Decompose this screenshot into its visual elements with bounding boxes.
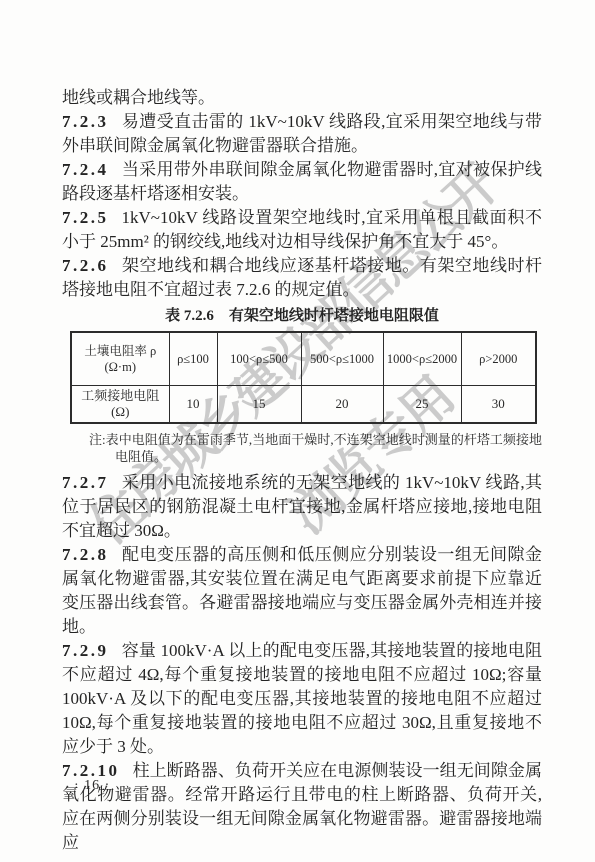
section-text: 配电变压器的高压侧和低压侧应分别装设一组无间隙金属氧化物避雷器,其安装位置在满足… (62, 545, 542, 636)
table-corner-cell: 土壤电阻率 ρ (Ω·m) (71, 332, 169, 386)
continuation-paragraph: 地线或耦合地线等。 (62, 86, 542, 110)
section-paragraph-7-2-8: 7.2.8配电变压器的高压侧和低压侧应分别装设一组无间隙金属氧化物避雷器,其安装… (62, 543, 542, 639)
grounding-resistance-table: 土壤电阻率 ρ (Ω·m) ρ≤100 100<ρ≤500 500<ρ≤1000… (70, 331, 537, 424)
section-paragraph-7-2-7: 7.2.7采用小电流接地系统的无架空地线的 1kV~10kV 线路,其位于居民区… (62, 471, 542, 543)
section-text: 架空地线和耦合地线应逐基杆塔接地。有架空地线时杆塔接地电阻不宜超过表 7.2.6… (62, 256, 542, 299)
table-data-row: 工频接地电阻(Ω) 10 15 20 25 30 (71, 386, 536, 424)
table-value-cell: 30 (461, 386, 536, 424)
section-paragraph-7-2-3: 7.2.3易遭受直击雷的 1kV~10kV 线路段,宜采用架空地线与带外串联间隙… (62, 110, 542, 158)
table-header-row: 土壤电阻率 ρ (Ω·m) ρ≤100 100<ρ≤500 500<ρ≤1000… (71, 332, 536, 386)
section-paragraph-7-2-9: 7.2.9容量 100kV·A 以上的配电变压器,其接地装置的接地电阻不应超过 … (62, 639, 542, 759)
table-col-header: ρ≤100 (169, 332, 217, 386)
soil-resistivity-unit: (Ω·m) (73, 359, 168, 375)
document-page: 住房城乡建设部信息公开 浏览专用 地线或耦合地线等。 7.2.3易遭受直击雷的 … (0, 0, 595, 862)
section-number: 7.2.8 (62, 545, 109, 564)
table-row-label: 工频接地电阻(Ω) (71, 386, 169, 424)
section-text: 采用小电流接地系统的无架空地线的 1kV~10kV 线路,其位于居民区的钢筋混凝… (62, 473, 542, 540)
section-paragraph-7-2-6: 7.2.6架空地线和耦合地线应逐基杆塔接地。有架空地线时杆塔接地电阻不宜超过表 … (62, 254, 542, 302)
table-value-cell: 25 (383, 386, 461, 424)
section-text: 当采用带外串联间隙金属氧化物避雷器时,宜对被保护线路段逐基杆塔逐相安装。 (62, 160, 542, 203)
soil-resistivity-label: 土壤电阻率 ρ (73, 343, 168, 359)
section-text: 1kV~10kV 线路设置架空地线时,宜采用单根且截面积不小于 25mm² 的钢… (62, 208, 542, 251)
section-paragraph-7-2-5: 7.2.51kV~10kV 线路设置架空地线时,宜采用单根且截面积不小于 25m… (62, 206, 542, 254)
continuation-text: 地线或耦合地线等。 (62, 88, 215, 107)
table-value-cell: 20 (301, 386, 383, 424)
table-col-header: 1000<ρ≤2000 (383, 332, 461, 386)
table-col-header: 500<ρ≤1000 (301, 332, 383, 386)
page-number: · 16 · (74, 778, 110, 794)
section-text: 柱上断路器、负荷开关应在电源侧装设一组无间隙金属氧化物避雷器。经常开路运行且带电… (62, 761, 542, 852)
section-paragraph-7-2-10: 7.2.10柱上断路器、负荷开关应在电源侧装设一组无间隙金属氧化物避雷器。经常开… (62, 759, 542, 855)
table-value-cell: 15 (217, 386, 301, 424)
table-title: 表 7.2.6 有架空地线时杆塔接地电阻限值 (62, 305, 542, 327)
note-label: 注: (89, 432, 106, 447)
section-number: 7.2.3 (62, 112, 109, 131)
table-col-header: ρ>2000 (461, 332, 536, 386)
page-content: 地线或耦合地线等。 7.2.3易遭受直击雷的 1kV~10kV 线路段,宜采用架… (62, 86, 542, 855)
section-number: 7.2.6 (62, 256, 109, 275)
section-paragraph-7-2-4: 7.2.4当采用带外串联间隙金属氧化物避雷器时,宜对被保护线路段逐基杆塔逐相安装… (62, 158, 542, 206)
section-text: 易遭受直击雷的 1kV~10kV 线路段,宜采用架空地线与带外串联间隙金属氧化物… (62, 112, 542, 155)
section-number: 7.2.5 (62, 208, 109, 227)
table-note: 注:表中电阻值为在雷雨季节,当地面干燥时,不连架空地线时测量的杆塔工频接地电阻值… (89, 431, 542, 465)
section-number: 7.2.4 (62, 160, 109, 179)
section-number: 7.2.7 (62, 473, 109, 492)
table-col-header: 100<ρ≤500 (217, 332, 301, 386)
note-text: 表中电阻值为在雷雨季节,当地面干燥时,不连架空地线时测量的杆塔工频接地电阻值。 (106, 432, 542, 464)
section-number: 7.2.9 (62, 641, 109, 660)
table-value-cell: 10 (169, 386, 217, 424)
section-text: 容量 100kV·A 以上的配电变压器,其接地装置的接地电阻不应超过 4Ω,每个… (62, 641, 542, 756)
